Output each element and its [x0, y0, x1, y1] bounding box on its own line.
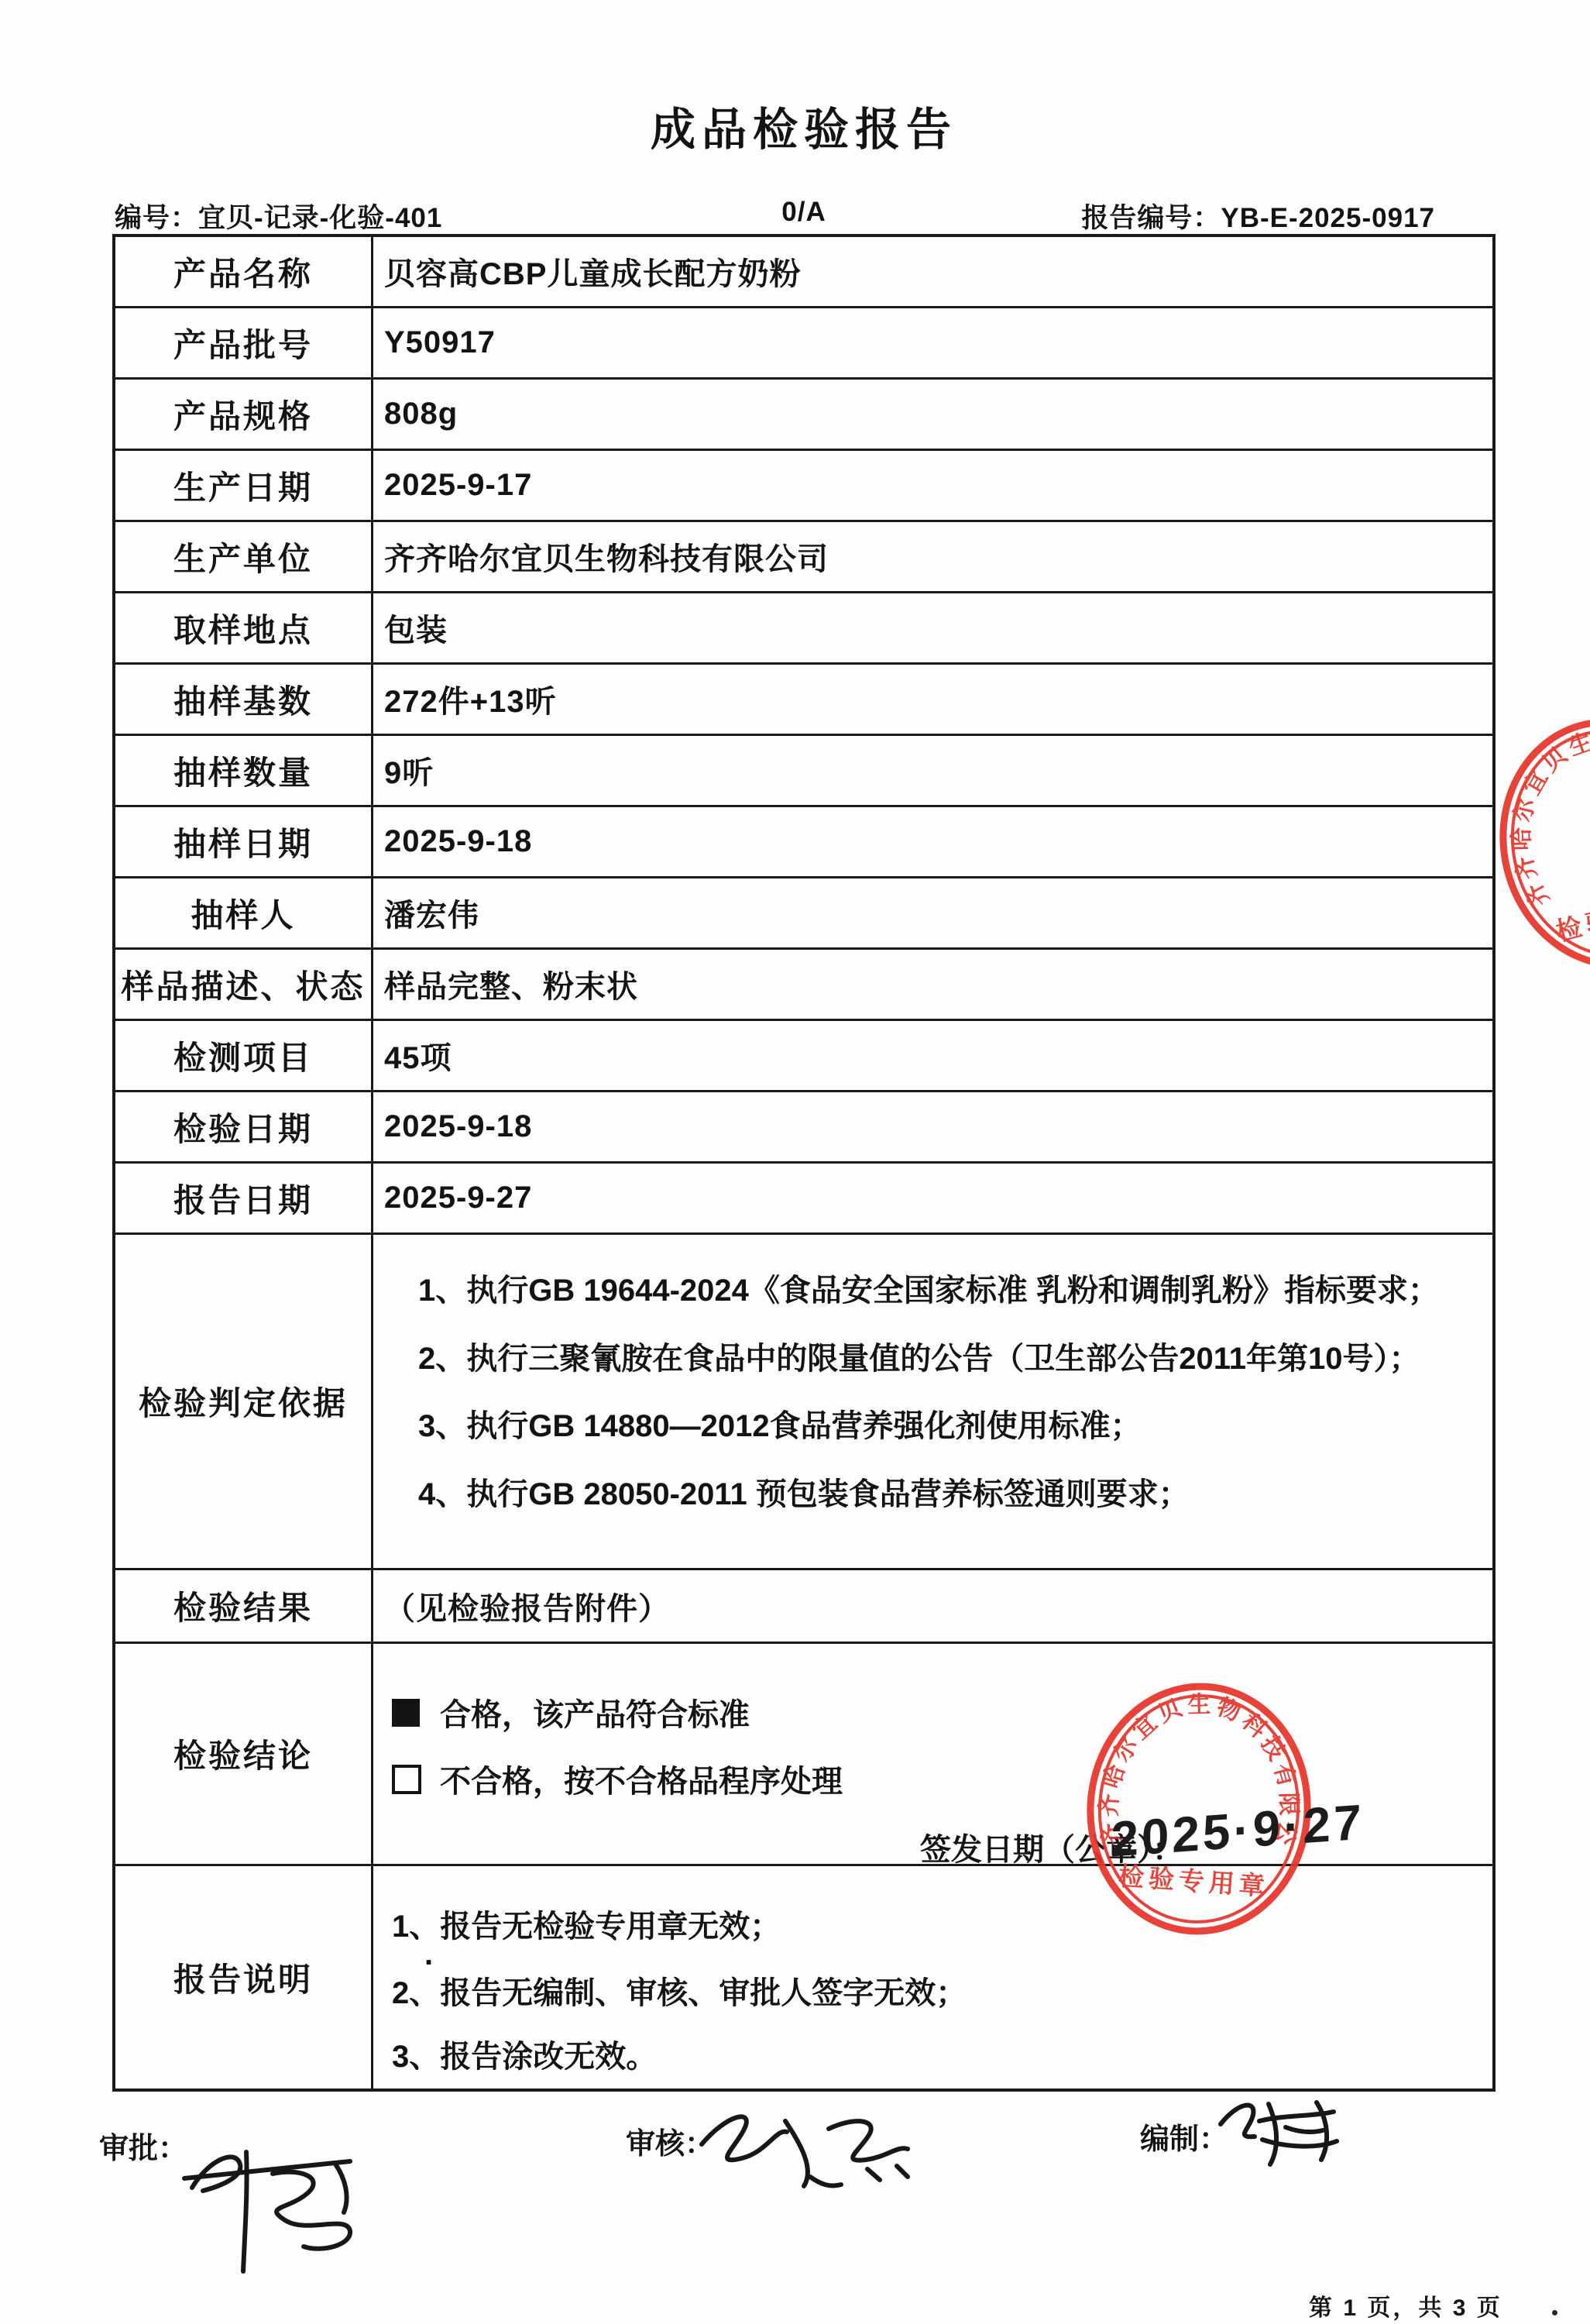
row-label: 取样地点 — [115, 593, 373, 662]
table-row: 样品描述、状态 样品完整、粉末状 — [115, 950, 1492, 1021]
fail-option-label: 不合格，按不合格品程序处理 — [440, 1757, 843, 1801]
basis-line: 1、执行GB 19644-2024《食品安全国家标准 乳粉和调制乳粉》指标要求； — [418, 1266, 1485, 1310]
row-label: 生产单位 — [115, 522, 373, 591]
row-label: 抽样数量 — [115, 736, 373, 805]
approve-signature-ink — [192, 2157, 240, 2191]
row-label: 检验结果 — [115, 1570, 373, 1642]
row-value: 272件+13听 — [373, 665, 1492, 734]
row-label: 检验判定依据 — [115, 1235, 373, 1568]
note-line: 2、报告无编制、审核、审批人签字无效； — [392, 1968, 967, 2013]
row-value: 齐齐哈尔宜贝生物科技有限公司 — [373, 522, 1492, 591]
row-label: 抽样基数 — [115, 665, 373, 734]
table-row: 检验日期 2025-9-18 — [115, 1092, 1492, 1164]
fail-checkbox-unchecked-icon — [392, 1765, 421, 1794]
basis-row: 检验判定依据 1、执行GB 19644-2024《食品安全国家标准 乳粉和调制乳… — [115, 1235, 1492, 1570]
row-value: （见检验报告附件） — [373, 1570, 1492, 1642]
row-value: 2025-9-18 — [373, 807, 1492, 876]
row-value: 样品完整、粉末状 — [373, 950, 1492, 1019]
prepare-signature-ink — [1286, 2127, 1323, 2132]
basis-lines: 1、执行GB 19644-2024《食品安全国家标准 乳粉和调制乳粉》指标要求；… — [373, 1235, 1492, 1568]
table-row: 产品批号 Y50917 — [115, 308, 1492, 380]
row-value: 9听 — [373, 736, 1492, 805]
row-label: 产品名称 — [115, 237, 373, 306]
approve-signature-ink — [243, 2152, 247, 2271]
row-label: 抽样人 — [115, 878, 373, 947]
row-value: 潘宏伟 — [373, 878, 1492, 947]
scanned-report-page: 成品检验报告 编号：宜贝-记录-化验-401 0/A 报告编号：YB-E-202… — [0, 0, 1590, 2324]
row-value: 2025-9-27 — [373, 1164, 1492, 1232]
table-row: 抽样日期 2025-9-18 — [115, 807, 1492, 878]
table-row: 报告日期 2025-9-27 — [115, 1164, 1492, 1235]
basis-line: 2、执行三聚氰胺在食品中的限量值的公告（卫生部公告2011年第10号）； — [418, 1334, 1485, 1378]
prepare-signature-ink — [1262, 2140, 1337, 2147]
row-label: 检验结论 — [115, 1644, 373, 1864]
row-label: 样品描述、状态 — [115, 950, 373, 1019]
row-value: 45项 — [373, 1021, 1492, 1090]
pass-option-label: 合格，该产品符合标准 — [440, 1690, 750, 1734]
result-row: 检验结果 （见检验报告附件） — [115, 1570, 1492, 1644]
signature-review-label: 审核： — [626, 2119, 714, 2162]
row-label: 报告说明 — [115, 1866, 373, 2089]
pass-option: 合格，该产品符合标准 — [392, 1690, 750, 1734]
review-signature-ink — [810, 2177, 841, 2186]
fail-option: 不合格，按不合格品程序处理 — [392, 1757, 843, 1801]
table-row: 抽样基数 272件+13听 — [115, 665, 1492, 736]
row-value: 2025-9-18 — [373, 1092, 1492, 1161]
row-value: 包装 — [373, 593, 1492, 662]
page-title: 成品检验报告 — [112, 93, 1496, 158]
review-signature-ink — [702, 2116, 787, 2160]
stamp-subtitle-text: 检验专用章 — [1118, 1862, 1270, 1901]
signature-prepare-label: 编制： — [1140, 2115, 1228, 2157]
table-row: 产品规格 808g — [115, 380, 1492, 451]
review-signature-ink — [867, 2169, 880, 2180]
row-label: 检验日期 — [115, 1092, 373, 1161]
approve-signature-ink — [335, 2163, 347, 2212]
table-row: 取样地点 包装 — [115, 593, 1492, 665]
notes-cell: 1、报告无检验专用章无效； . 2、报告无编制、审核、审批人签字无效； 3、报告… — [373, 1866, 1492, 2089]
row-label: 产品规格 — [115, 380, 373, 449]
review-signature-ink — [785, 2121, 808, 2186]
table-row: 检测项目 45项 — [115, 1021, 1492, 1092]
row-value: 808g — [373, 380, 1492, 449]
basis-line: 4、执行GB 28050-2011 预包装食品营养标签通则要求； — [418, 1470, 1485, 1514]
prepare-signature-ink — [1269, 2104, 1276, 2164]
review-signature-ink — [897, 2166, 908, 2177]
approve-signature-ink — [184, 2161, 350, 2178]
note-line: 1、报告无检验专用章无效； — [392, 1902, 781, 1946]
review-signature-ink — [829, 2121, 908, 2160]
row-value: Y50917 — [373, 308, 1492, 377]
header-report-number: 报告编号：YB-E-2025-0917 — [1081, 197, 1435, 235]
row-value: 贝容高CBP儿童成长配方奶粉 — [373, 237, 1492, 306]
note-line: 3、报告涂改无效。 — [392, 2032, 657, 2076]
table-row: 生产日期 2025-9-17 — [115, 451, 1492, 522]
row-label: 检测项目 — [115, 1021, 373, 1090]
table-row: 抽样人 潘宏伟 — [115, 878, 1492, 950]
approve-signature-ink — [273, 2172, 350, 2249]
row-label: 生产日期 — [115, 451, 373, 520]
prepare-signature-ink — [1259, 2112, 1334, 2121]
table-row: 抽样数量 9听 — [115, 736, 1492, 807]
basis-line: 3、执行GB 14880—2012食品营养强化剂使用标准； — [418, 1401, 1485, 1446]
row-label: 抽样日期 — [115, 807, 373, 876]
stamp-subtitle-text: 检验专用章 — [1554, 882, 1590, 946]
row-label: 产品批号 — [115, 308, 373, 377]
row-value: 2025-9-17 — [373, 451, 1492, 520]
pass-checkbox-checked-icon — [392, 1699, 420, 1727]
signature-approve-label: 审批： — [99, 2124, 187, 2167]
table-row: 生产单位 齐齐哈尔宜贝生物科技有限公司 — [115, 522, 1492, 593]
scan-speck — [1552, 2310, 1557, 2315]
table-row: 产品名称 贝容高CBP儿童成长配方奶粉 — [115, 237, 1492, 308]
prepare-signature-ink — [1317, 2102, 1327, 2160]
stray-ink-dot: . — [424, 1937, 433, 1972]
page-number: 第 1 页，共 3 页 — [1309, 2288, 1502, 2322]
row-label: 报告日期 — [115, 1164, 373, 1232]
